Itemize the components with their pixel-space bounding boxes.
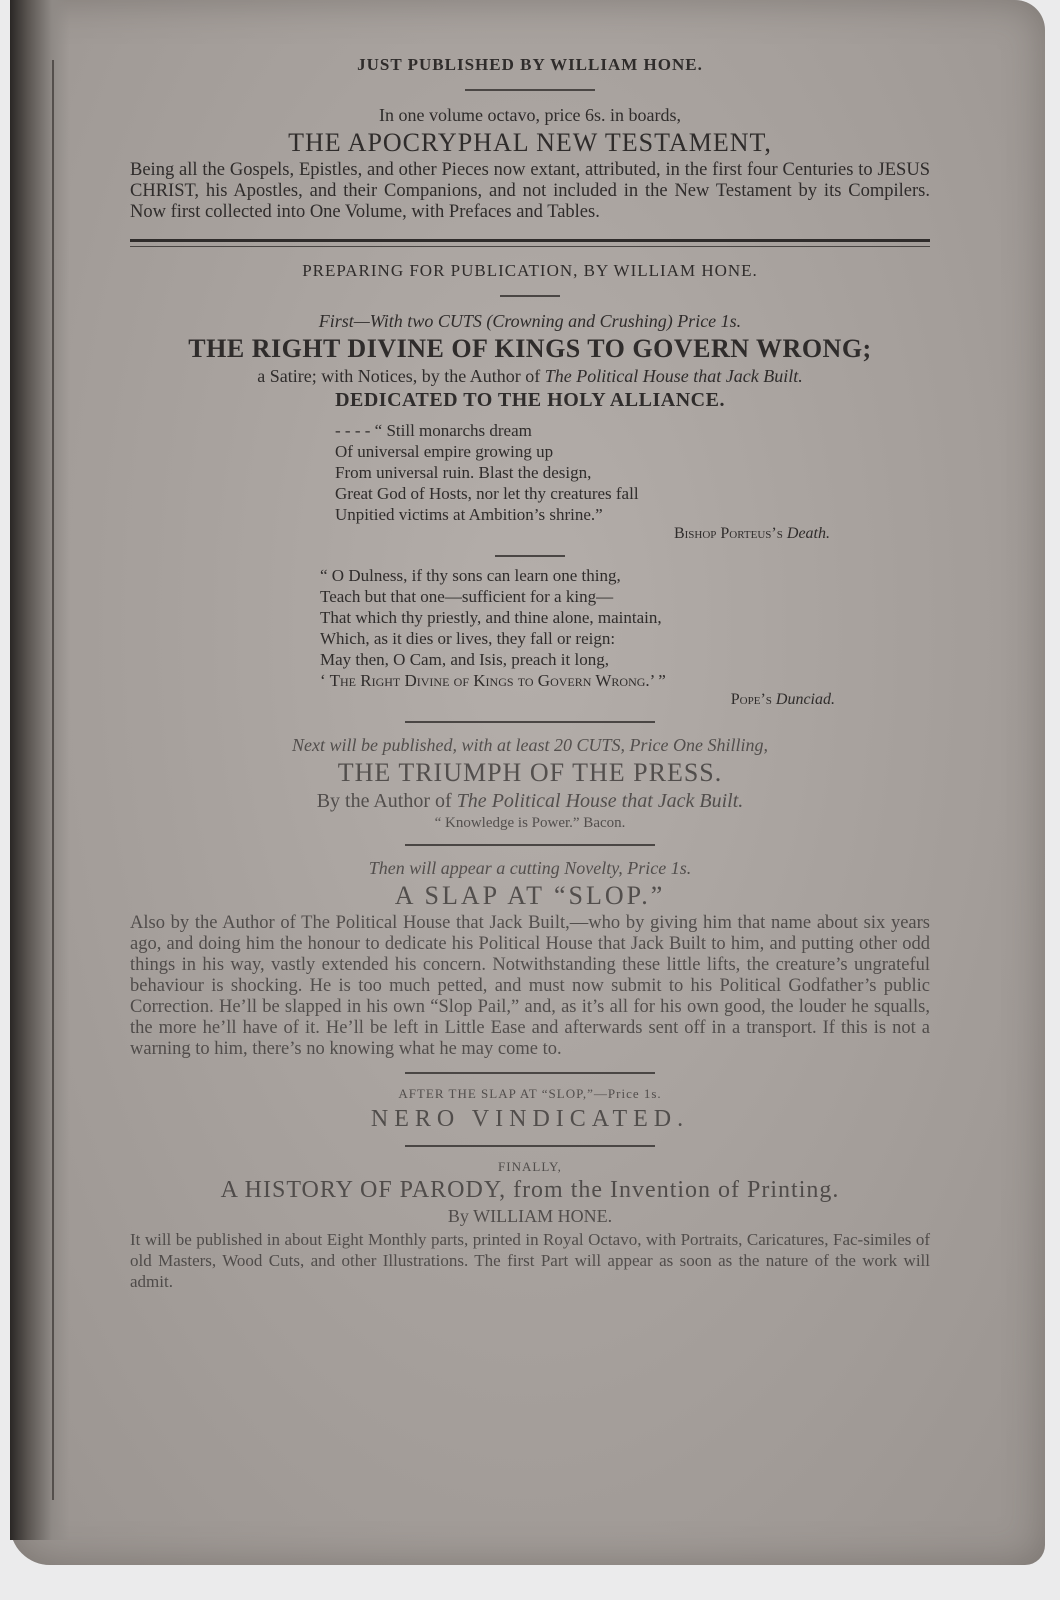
intro-line: AFTER THE SLAP AT “SLOP,”—Price 1s. bbox=[130, 1086, 930, 1102]
poem-line: Teach but that one—sufficient for a king… bbox=[320, 586, 930, 607]
poem-line: May then, O Cam, and Isis, preach it lon… bbox=[320, 649, 930, 670]
binding-crease bbox=[52, 60, 54, 1500]
subtitle: a Satire; with Notices, by the Author of… bbox=[130, 366, 930, 387]
attribution-author: Bishop Porteus’s bbox=[674, 525, 787, 542]
book-title: A SLAP AT “SLOP.” bbox=[130, 881, 930, 911]
poem-line: ‘ The Right Divine of Kings to Govern Wr… bbox=[320, 670, 930, 691]
book-title: THE TRIUMPH OF THE PRESS. bbox=[130, 758, 930, 788]
byline-work: The Political House that Jack Built. bbox=[457, 790, 744, 812]
book-title: A HISTORY OF PARODY, from the Invention … bbox=[130, 1177, 930, 1204]
book-description: Also by the Author of The Political Hous… bbox=[130, 913, 930, 1060]
poem-line: Of universal empire growing up bbox=[335, 441, 930, 462]
intro-line: FINALLY, bbox=[130, 1159, 930, 1175]
subtitle-work: The Political House that Jack Built. bbox=[545, 366, 803, 386]
section-header: PREPARING FOR PUBLICATION, BY WILLIAM HO… bbox=[130, 261, 930, 281]
byline-prefix: By the Author of bbox=[317, 790, 457, 812]
book-description: It will be published in about Eight Mont… bbox=[130, 1229, 930, 1292]
section-header: JUST PUBLISHED BY WILLIAM HONE. bbox=[130, 55, 930, 75]
poem-line: - - - - “ Still monarchs dream bbox=[335, 420, 930, 441]
attribution-author: Pope’s bbox=[731, 691, 776, 708]
poem-porteus: - - - - “ Still monarchs dream Of univer… bbox=[130, 420, 930, 525]
poem-line: Great God of Hosts, nor let thy creature… bbox=[335, 483, 930, 504]
section-just-published: JUST PUBLISHED BY WILLIAM HONE. In one v… bbox=[130, 55, 930, 223]
divider bbox=[405, 844, 655, 846]
divider bbox=[405, 721, 655, 723]
section-nero-vindicated: AFTER THE SLAP AT “SLOP,”—Price 1s. NERO… bbox=[130, 1086, 930, 1133]
divider bbox=[465, 89, 595, 91]
poem-attribution: Bishop Porteus’s Death. bbox=[130, 525, 930, 543]
intro-line: Next will be published, with at least 20… bbox=[130, 735, 930, 756]
subtitle-prefix: a Satire; with Notices, by the Author of bbox=[257, 366, 544, 386]
divider bbox=[405, 1145, 655, 1147]
attribution-work: Death. bbox=[787, 525, 830, 542]
divider bbox=[405, 1072, 655, 1074]
poem-line: Which, as it dies or lives, they fall or… bbox=[320, 628, 930, 649]
page-spine-edge bbox=[10, 0, 70, 1540]
poem-dunciad: “ O Dulness, if thy sons can learn one t… bbox=[130, 565, 930, 691]
printed-page: JUST PUBLISHED BY WILLIAM HONE. In one v… bbox=[10, 0, 1045, 1565]
poem-line: That which thy priestly, and thine alone… bbox=[320, 607, 930, 628]
byline: By WILLIAM HONE. bbox=[130, 1206, 930, 1227]
poem-line: From universal ruin. Blast the design, bbox=[335, 462, 930, 483]
poem-line: “ O Dulness, if thy sons can learn one t… bbox=[320, 565, 930, 586]
section-triumph-of-press: Next will be published, with at least 20… bbox=[130, 735, 930, 832]
divider bbox=[495, 555, 565, 557]
quote: “ Knowledge is Power.” Bacon. bbox=[130, 815, 930, 832]
poem-attribution: Pope’s Dunciad. bbox=[130, 691, 930, 709]
first-line: First—With two CUTS (Crowning and Crushi… bbox=[130, 311, 930, 332]
book-title: NERO VINDICATED. bbox=[130, 1106, 930, 1133]
book-description: Being all the Gospels, Epistles, and oth… bbox=[130, 160, 930, 223]
edition-line: In one volume octavo, price 6s. in board… bbox=[130, 105, 930, 126]
byline: By the Author of The Political House tha… bbox=[130, 790, 930, 813]
double-divider bbox=[130, 239, 930, 247]
page-content: JUST PUBLISHED BY WILLIAM HONE. In one v… bbox=[130, 55, 930, 1292]
dedication: DEDICATED TO THE HOLY ALLIANCE. bbox=[130, 389, 930, 412]
book-title: THE RIGHT DIVINE OF KINGS TO GOVERN WRON… bbox=[130, 334, 930, 364]
section-history-of-parody: FINALLY, A HISTORY OF PARODY, from the I… bbox=[130, 1159, 930, 1292]
section-slap-at-slop: Then will appear a cutting Novelty, Pric… bbox=[130, 858, 930, 1060]
divider bbox=[500, 295, 560, 297]
section-preparing: PREPARING FOR PUBLICATION, BY WILLIAM HO… bbox=[130, 261, 930, 709]
poem-line: Unpitied victims at Ambition’s shrine.” bbox=[335, 504, 930, 525]
intro-line: Then will appear a cutting Novelty, Pric… bbox=[130, 858, 930, 879]
attribution-work: Dunciad. bbox=[776, 691, 835, 708]
book-title: THE APOCRYPHAL NEW TESTAMENT, bbox=[130, 128, 930, 158]
